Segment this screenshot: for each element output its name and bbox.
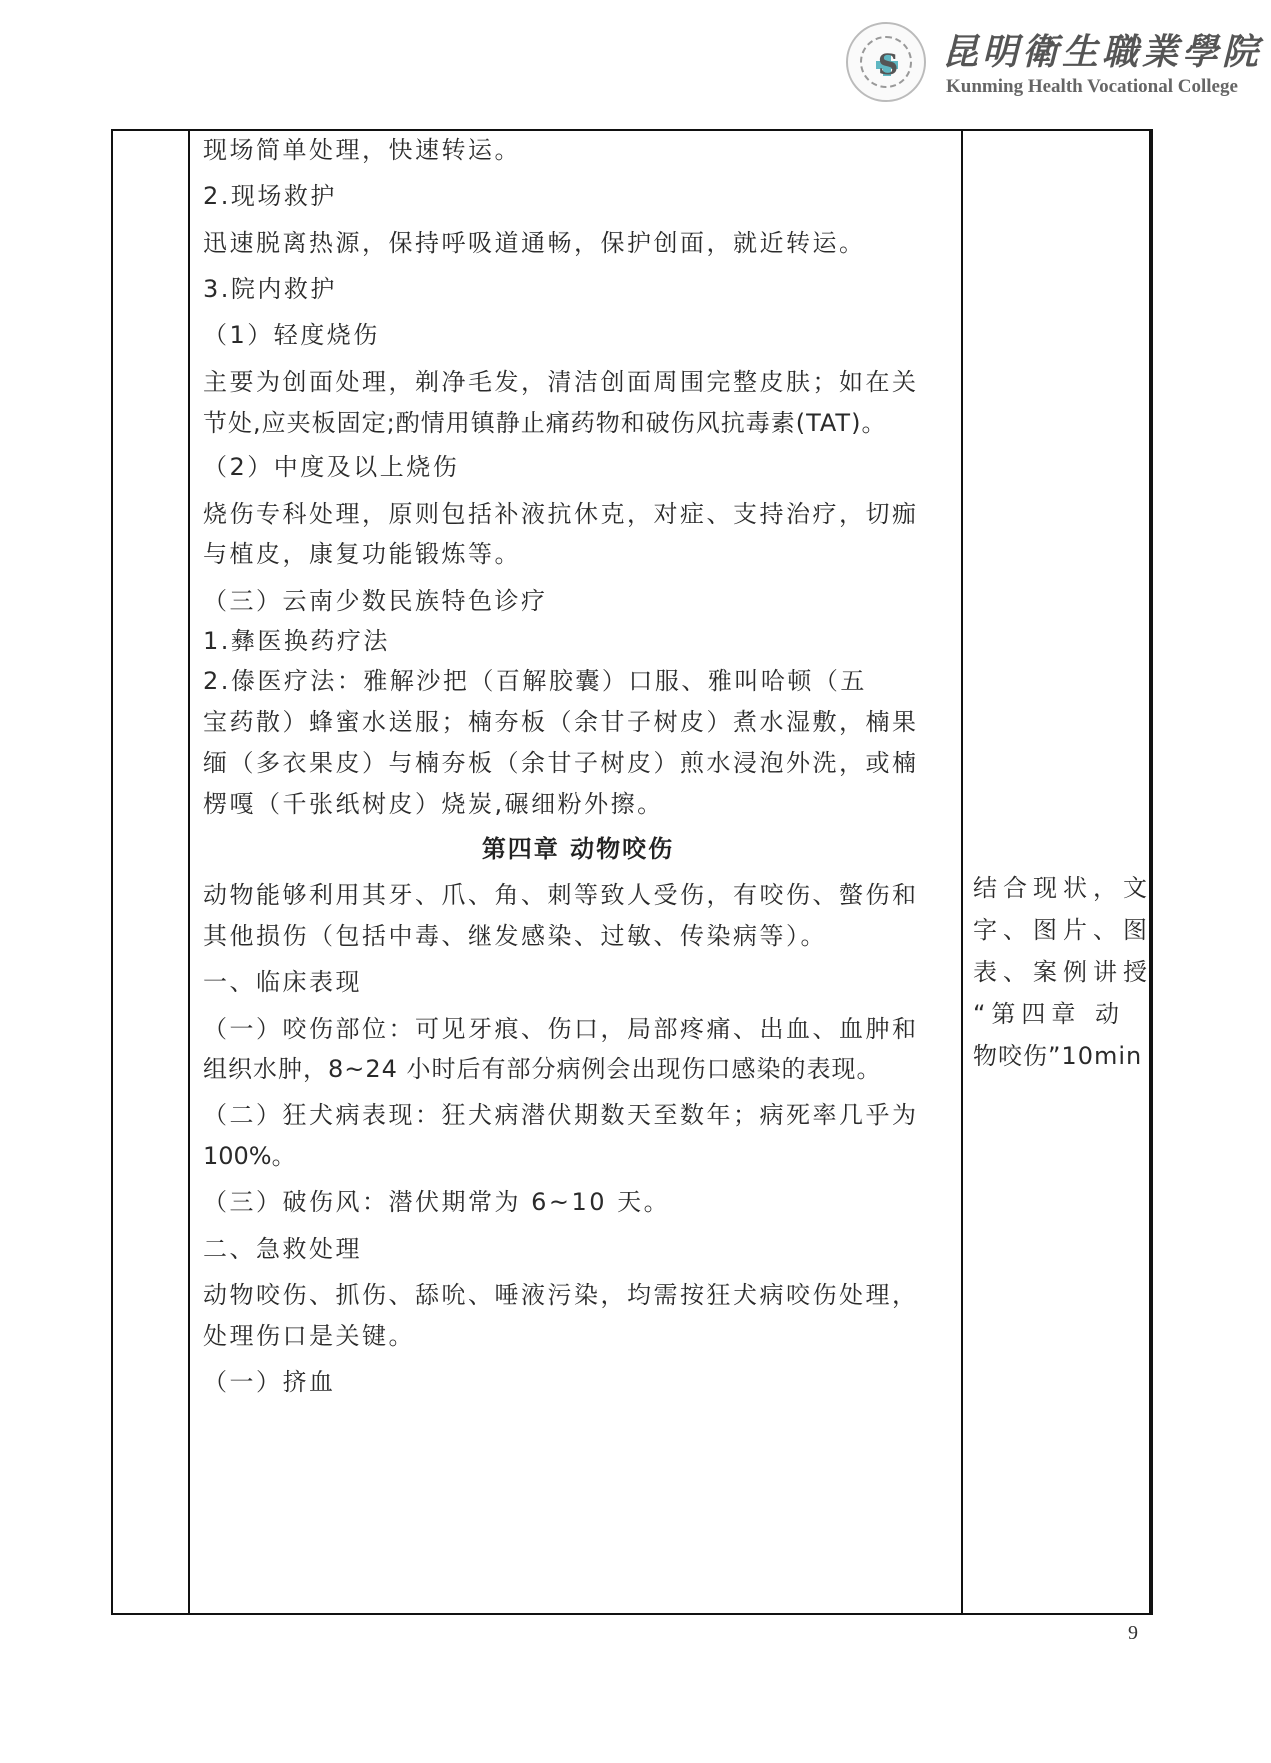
text-line: 2.傣医疗法：雅解沙把（百解胶囊）口服、雅叫哈顿（五 [203, 666, 867, 696]
text-line: 现场简单处理，快速转运。 [203, 135, 521, 165]
side-note-line: “第四章 动 [973, 999, 1143, 1029]
text-line: （1）轻度烧伤 [203, 320, 380, 350]
text-line: （二）狂犬病表现：狂犬病潜伏期数天至数年；病死率几乎为 [203, 1100, 919, 1130]
side-note-line: 结合现状，文 [973, 873, 1143, 903]
text-line: 楞嘎（千张纸树皮）烧炭,碾细粉外擦。 [203, 789, 664, 819]
college-header: S 昆明衛生職業學院 Kunming Health Vocational Col… [846, 22, 1236, 102]
side-note-line: 表、案例讲授 [973, 957, 1143, 987]
text-line: （三）破伤风：潜伏期常为 6~10 天。 [203, 1187, 670, 1217]
text-line: （一）挤血 [203, 1367, 336, 1397]
side-note-line: 字、图片、图 [973, 915, 1143, 945]
text-line: 宝药散）蜂蜜水送服；楠夯板（余甘子树皮）煮水湿敷，楠果 [203, 707, 919, 737]
text-line: （2）中度及以上烧伤 [203, 452, 459, 482]
chapter-title: 第四章 动物咬伤 [203, 834, 953, 864]
text-line: 组织水肿，8~24 小时后有部分病例会出现伤口感染的表现。 [203, 1054, 882, 1084]
text-line: 一、临床表现 [203, 967, 362, 997]
text-line: 迅速脱离热源，保持呼吸道通畅，保护创面，就近转运。 [203, 228, 866, 258]
text-line: （三）云南少数民族特色诊疗 [203, 586, 548, 616]
text-line: 1.彝医换药疗法 [203, 626, 390, 656]
college-name-cn: 昆明衛生職業學院 [942, 24, 1262, 75]
text-line: 二、急救处理 [203, 1234, 362, 1264]
page-number: 9 [1128, 1622, 1138, 1645]
text-line: 节处,应夹板固定;酌情用镇静止痛药物和破伤风抗毒素(TAT)。 [203, 408, 886, 438]
text-line: 其他损伤（包括中毒、继发感染、过敏、传染病等）。 [203, 921, 827, 951]
column-divider [961, 131, 963, 1613]
text-line: 3.院内救护 [203, 274, 337, 304]
text-line: 处理伤口是关键。 [203, 1321, 415, 1351]
text-line: 100%。 [203, 1141, 296, 1171]
text-line: （一）咬伤部位：可见牙痕、伤口，局部疼痛、出血、血肿和 [203, 1014, 919, 1044]
text-line: 烧伤专科处理，原则包括补液抗休克，对症、支持治疗，切痂 [203, 499, 919, 529]
text-line: 动物能够利用其牙、爪、角、刺等致人受伤，有咬伤、螫伤和 [203, 880, 919, 910]
side-note-line: 物咬伤”10min [973, 1041, 1143, 1071]
text-line: 主要为创面处理，剃净毛发，清洁创面周围完整皮肤；如在关 [203, 367, 919, 397]
lesson-plan-table: 现场简单处理，快速转运。 2.现场救护 迅速脱离热源，保持呼吸道通畅，保护创面，… [111, 129, 1153, 1615]
text-line: 动物咬伤、抓伤、舔吮、唾液污染，均需按狂犬病咬伤处理， [203, 1280, 919, 1310]
text-line: 与植皮，康复功能锻炼等。 [203, 539, 521, 569]
college-seal-icon: S [846, 22, 926, 102]
column-divider [188, 131, 190, 1613]
text-line: 2.现场救护 [203, 181, 337, 211]
college-name-en: Kunming Health Vocational College [946, 76, 1238, 98]
text-line: 缅（多衣果皮）与楠夯板（余甘子树皮）煎水浸泡外洗，或楠 [203, 748, 919, 778]
